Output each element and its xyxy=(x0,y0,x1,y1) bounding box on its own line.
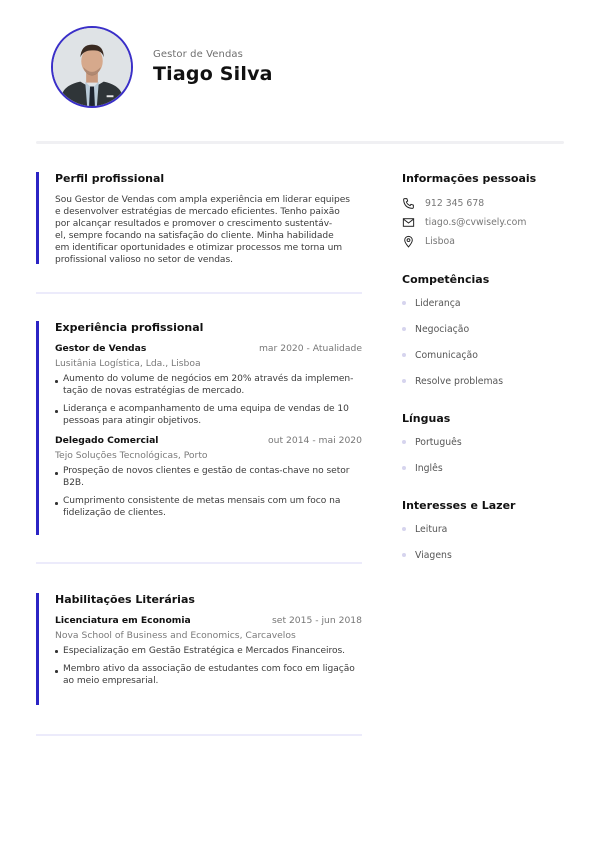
language-item: Português xyxy=(402,429,572,455)
job-entry: Delegado Comercial out 2014 - mai 2020 T… xyxy=(55,435,362,519)
job-entry: Gestor de Vendas mar 2020 - Atualidade L… xyxy=(55,343,362,427)
bullet-item: Cumprimento consistente de metas mensais… xyxy=(55,495,362,519)
summary-line: em identificar oportunidades e otimizar … xyxy=(55,242,362,254)
section-experience: Experiência profissional Gestor de Venda… xyxy=(36,321,362,525)
bullet-line: Aumento do volume de negócios em 20% atr… xyxy=(63,373,362,385)
bullet-item: Especialização em Gestão Estratégica e M… xyxy=(55,645,362,657)
contact-location: Lisboa xyxy=(402,232,572,251)
job-company: Lusitânia Logística, Lda., Lisboa xyxy=(55,358,362,369)
school-name: Nova School of Business and Economics, C… xyxy=(55,630,362,641)
phone-icon xyxy=(402,197,415,210)
bullet-dot-icon xyxy=(402,327,406,331)
bullet-item: Membro ativo da associação de estudantes… xyxy=(55,663,362,687)
interest-item: Viagens xyxy=(402,542,572,568)
bullet-line: Liderança e acompanhamento de uma equipa… xyxy=(63,403,362,415)
header-divider xyxy=(36,141,564,144)
location-value: Lisboa xyxy=(425,236,455,247)
degree-name: Licenciatura em Economia xyxy=(55,615,191,626)
language-label: Inglês xyxy=(415,463,443,474)
skill-label: Negociação xyxy=(415,324,469,335)
bullet-line: Especialização em Gestão Estratégica e M… xyxy=(63,645,362,657)
section-accent-bar xyxy=(36,593,39,705)
summary-line: el, sempre focando na satisfação do clie… xyxy=(55,230,362,242)
skill-label: Comunicação xyxy=(415,350,478,361)
summary-line: Sou Gestor de Vendas com ampla experiênc… xyxy=(55,194,362,206)
job-dates: out 2014 - mai 2020 xyxy=(268,435,362,446)
section-accent-bar xyxy=(36,172,39,264)
mail-icon xyxy=(402,216,415,229)
bullet-dot-icon xyxy=(402,379,406,383)
job-company: Tejo Soluções Tecnológicas, Porto xyxy=(55,450,362,461)
section-profile: Perfil profissional Sou Gestor de Vendas… xyxy=(36,172,362,267)
contact-phone: 912 345 678 xyxy=(402,194,572,213)
bullet-dot-icon xyxy=(402,527,406,531)
bullet-line: Cumprimento consistente de metas mensais… xyxy=(63,495,362,507)
job-title: Gestor de Vendas xyxy=(153,49,273,60)
section-title: Habilitações Literárias xyxy=(55,593,362,606)
cv-header: Gestor de Vendas Tiago Silva xyxy=(51,26,273,108)
location-pin-icon xyxy=(402,235,415,248)
profile-photo-icon xyxy=(53,28,131,106)
skill-item: Comunicação xyxy=(402,342,572,368)
skill-item: Resolve problemas xyxy=(402,368,572,394)
interest-item: Leitura xyxy=(402,516,572,542)
bullet-line: Membro ativo da associação de estudantes… xyxy=(63,663,362,675)
side-skills: Competências Liderança Negociação Comuni… xyxy=(402,273,572,394)
education-dates: set 2015 - jun 2018 xyxy=(272,615,362,626)
section-title: Línguas xyxy=(402,412,572,425)
section-divider xyxy=(36,562,362,564)
bullet-item: Aumento do volume de negócios em 20% atr… xyxy=(55,373,362,397)
language-label: Português xyxy=(415,437,462,448)
bullet-line: tação de novas estratégias de mercado. xyxy=(63,385,362,397)
side-personal-info: Informações pessoais 912 345 678 tiago.s… xyxy=(402,172,572,251)
bullet-dot-icon xyxy=(402,353,406,357)
email-value: tiago.s@cvwisely.com xyxy=(425,217,526,228)
contact-email: tiago.s@cvwisely.com xyxy=(402,213,572,232)
profile-summary: Sou Gestor de Vendas com ampla experiênc… xyxy=(55,194,362,267)
bullet-line: pessoas para atingir objetivos. xyxy=(63,415,362,427)
job-role: Delegado Comercial xyxy=(55,435,158,446)
section-title: Informações pessoais xyxy=(402,172,572,185)
bullet-dot-icon xyxy=(402,466,406,470)
skill-label: Resolve problemas xyxy=(415,376,503,387)
interest-label: Leitura xyxy=(415,524,447,535)
section-title: Competências xyxy=(402,273,572,286)
summary-line: por alcançar resultados e promover o cre… xyxy=(55,218,362,230)
section-divider xyxy=(36,734,362,736)
section-education: Habilitações Literárias Licenciatura em … xyxy=(36,593,362,693)
bullet-dot-icon xyxy=(402,553,406,557)
summary-line: profissional valioso no setor de vendas. xyxy=(55,254,362,266)
interest-label: Viagens xyxy=(415,550,452,561)
phone-value: 912 345 678 xyxy=(425,198,484,209)
full-name: Tiago Silva xyxy=(153,63,273,85)
skill-label: Liderança xyxy=(415,298,461,309)
bullet-item: Prospeção de novos clientes e gestão de … xyxy=(55,465,362,489)
avatar xyxy=(51,26,133,108)
bullet-dot-icon xyxy=(402,301,406,305)
bullet-dot-icon xyxy=(402,440,406,444)
side-languages: Línguas Português Inglês xyxy=(402,412,572,481)
section-title: Interesses e Lazer xyxy=(402,499,572,512)
language-item: Inglês xyxy=(402,455,572,481)
skill-item: Liderança xyxy=(402,290,572,316)
bullet-line: ao meio empresarial. xyxy=(63,675,362,687)
bullet-line: fidelização de clientes. xyxy=(63,507,362,519)
skill-item: Negociação xyxy=(402,316,572,342)
job-role: Gestor de Vendas xyxy=(55,343,146,354)
bullet-line: B2B. xyxy=(63,477,362,489)
summary-line: e desenvolver estratégias de mercado efi… xyxy=(55,206,362,218)
section-title: Perfil profissional xyxy=(55,172,362,185)
section-accent-bar xyxy=(36,321,39,535)
section-divider xyxy=(36,292,362,294)
side-interests: Interesses e Lazer Leitura Viagens xyxy=(402,499,572,568)
bullet-line: Prospeção de novos clientes e gestão de … xyxy=(63,465,362,477)
job-dates: mar 2020 - Atualidade xyxy=(259,343,362,354)
bullet-item: Liderança e acompanhamento de uma equipa… xyxy=(55,403,362,427)
section-title: Experiência profissional xyxy=(55,321,362,334)
